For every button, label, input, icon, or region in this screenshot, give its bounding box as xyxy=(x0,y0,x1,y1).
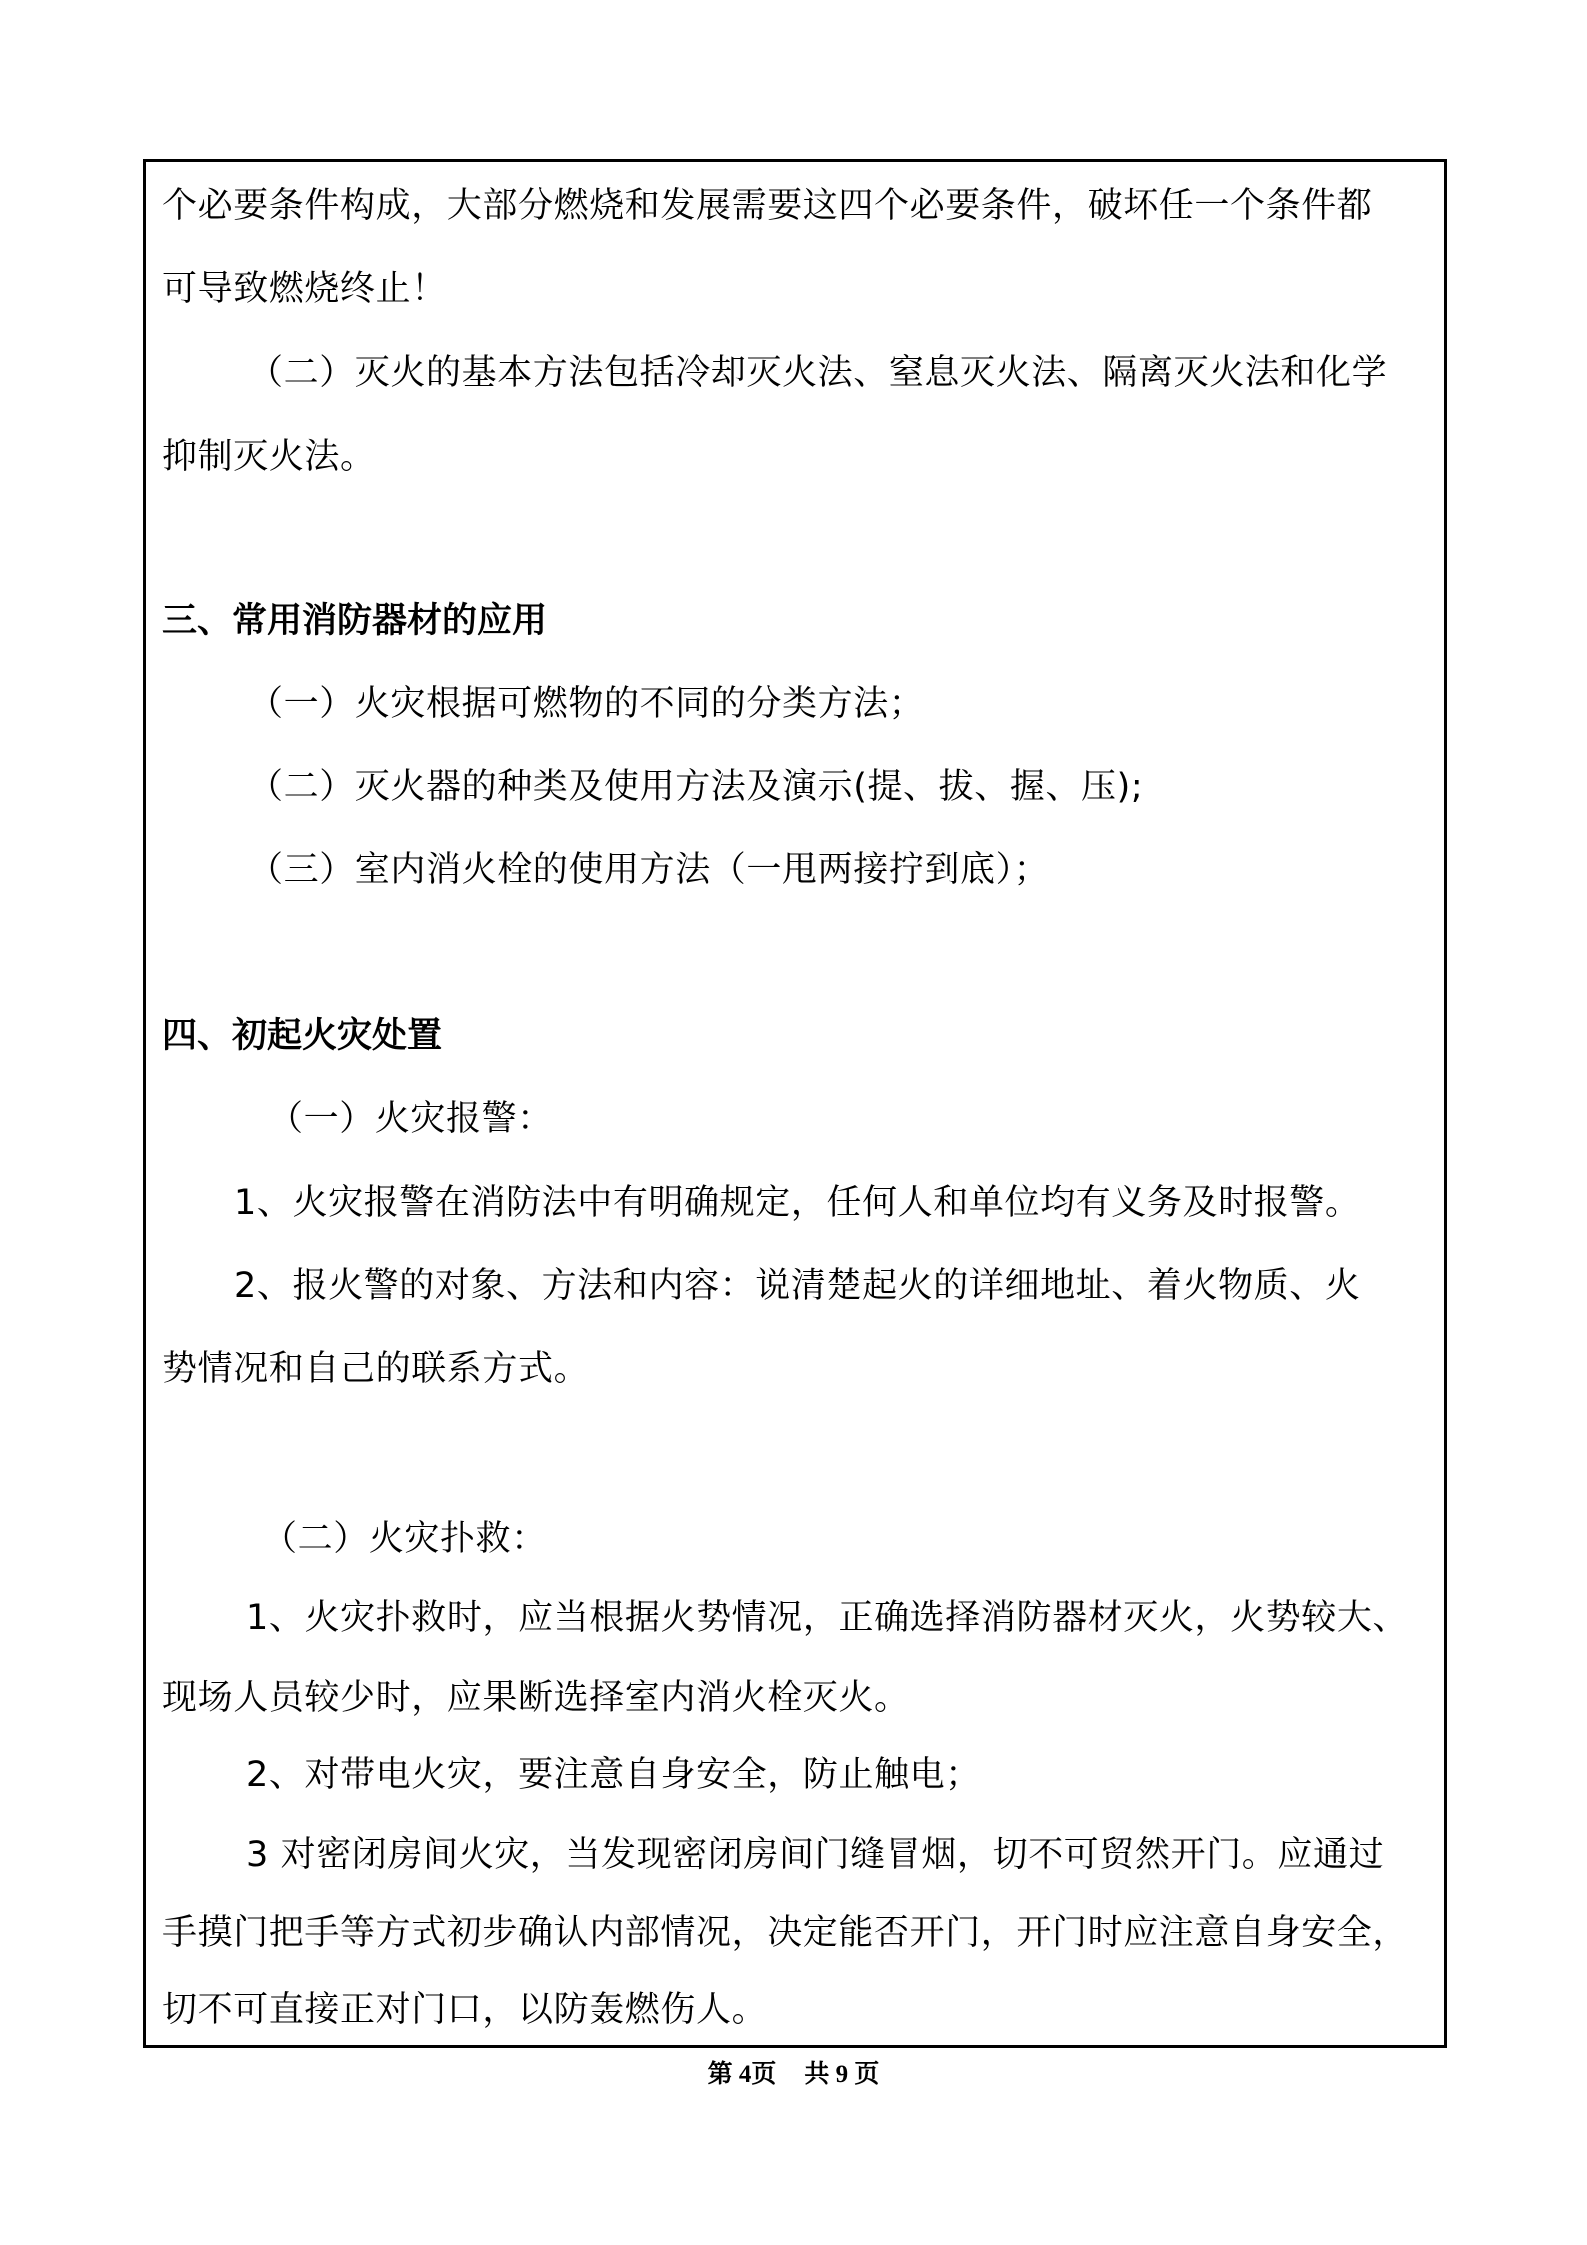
subsection-heading: （一）火灾报警： xyxy=(268,1099,553,1139)
paragraph-line: 势情况和自己的联系方式。 xyxy=(162,1349,589,1389)
list-item: 2、对带电火灾，要注意自身安全，防止触电； xyxy=(246,1755,981,1795)
list-item: （一）火灾根据可燃物的不同的分类方法； xyxy=(248,684,924,724)
list-item: 2、报火警的对象、方法和内容：说清楚起火的详细地址、着火物质、火 xyxy=(234,1266,1360,1306)
paragraph-line: 切不可直接正对门口，以防轰燃伤人。 xyxy=(162,1990,767,2030)
section-heading: 四、初起火灾处置 xyxy=(162,1016,442,1056)
list-item: 1、火灾扑救时，应当根据火势情况，正确选择消防器材灭火，火势较大、 xyxy=(246,1598,1408,1638)
page-footer: 第 4页共 9 页 xyxy=(0,2060,1587,2090)
paragraph-line: 抑制灭火法。 xyxy=(162,437,376,477)
paragraph-line: 个必要条件构成，大部分燃烧和发展需要这四个必要条件，破坏任一个条件都 xyxy=(162,186,1372,226)
page-total: 共 9 页 xyxy=(804,2061,879,2088)
section-heading: 三、常用消防器材的应用 xyxy=(162,601,547,641)
list-item: 1、火灾报警在消防法中有明确规定，任何人和单位均有义务及时报警。 xyxy=(234,1183,1360,1223)
paragraph-line: 可导致燃烧终止！ xyxy=(162,269,447,309)
list-item: （二）灭火器的种类及使用方法及演示(提、拔、握、压); xyxy=(248,767,1143,807)
subsection-heading: （二）火灾扑救： xyxy=(262,1519,547,1559)
list-item: （三）室内消火栓的使用方法（一甩两接拧到底）； xyxy=(248,850,1049,890)
paragraph-line: 现场人员较少时，应果断选择室内消火栓灭火。 xyxy=(162,1678,910,1718)
paragraph-line: （二）灭火的基本方法包括冷却灭火法、窒息灭火法、隔离灭火法和化学 xyxy=(248,353,1387,393)
page-number: 第 4页 xyxy=(708,2061,777,2088)
list-item: 3 对密闭房间火灾，当发现密闭房间门缝冒烟，切不可贸然开门。应通过 xyxy=(246,1835,1384,1875)
paragraph-line: 手摸门把手等方式初步确认内部情况，决定能否开门，开门时应注意自身安全， xyxy=(162,1913,1408,1953)
